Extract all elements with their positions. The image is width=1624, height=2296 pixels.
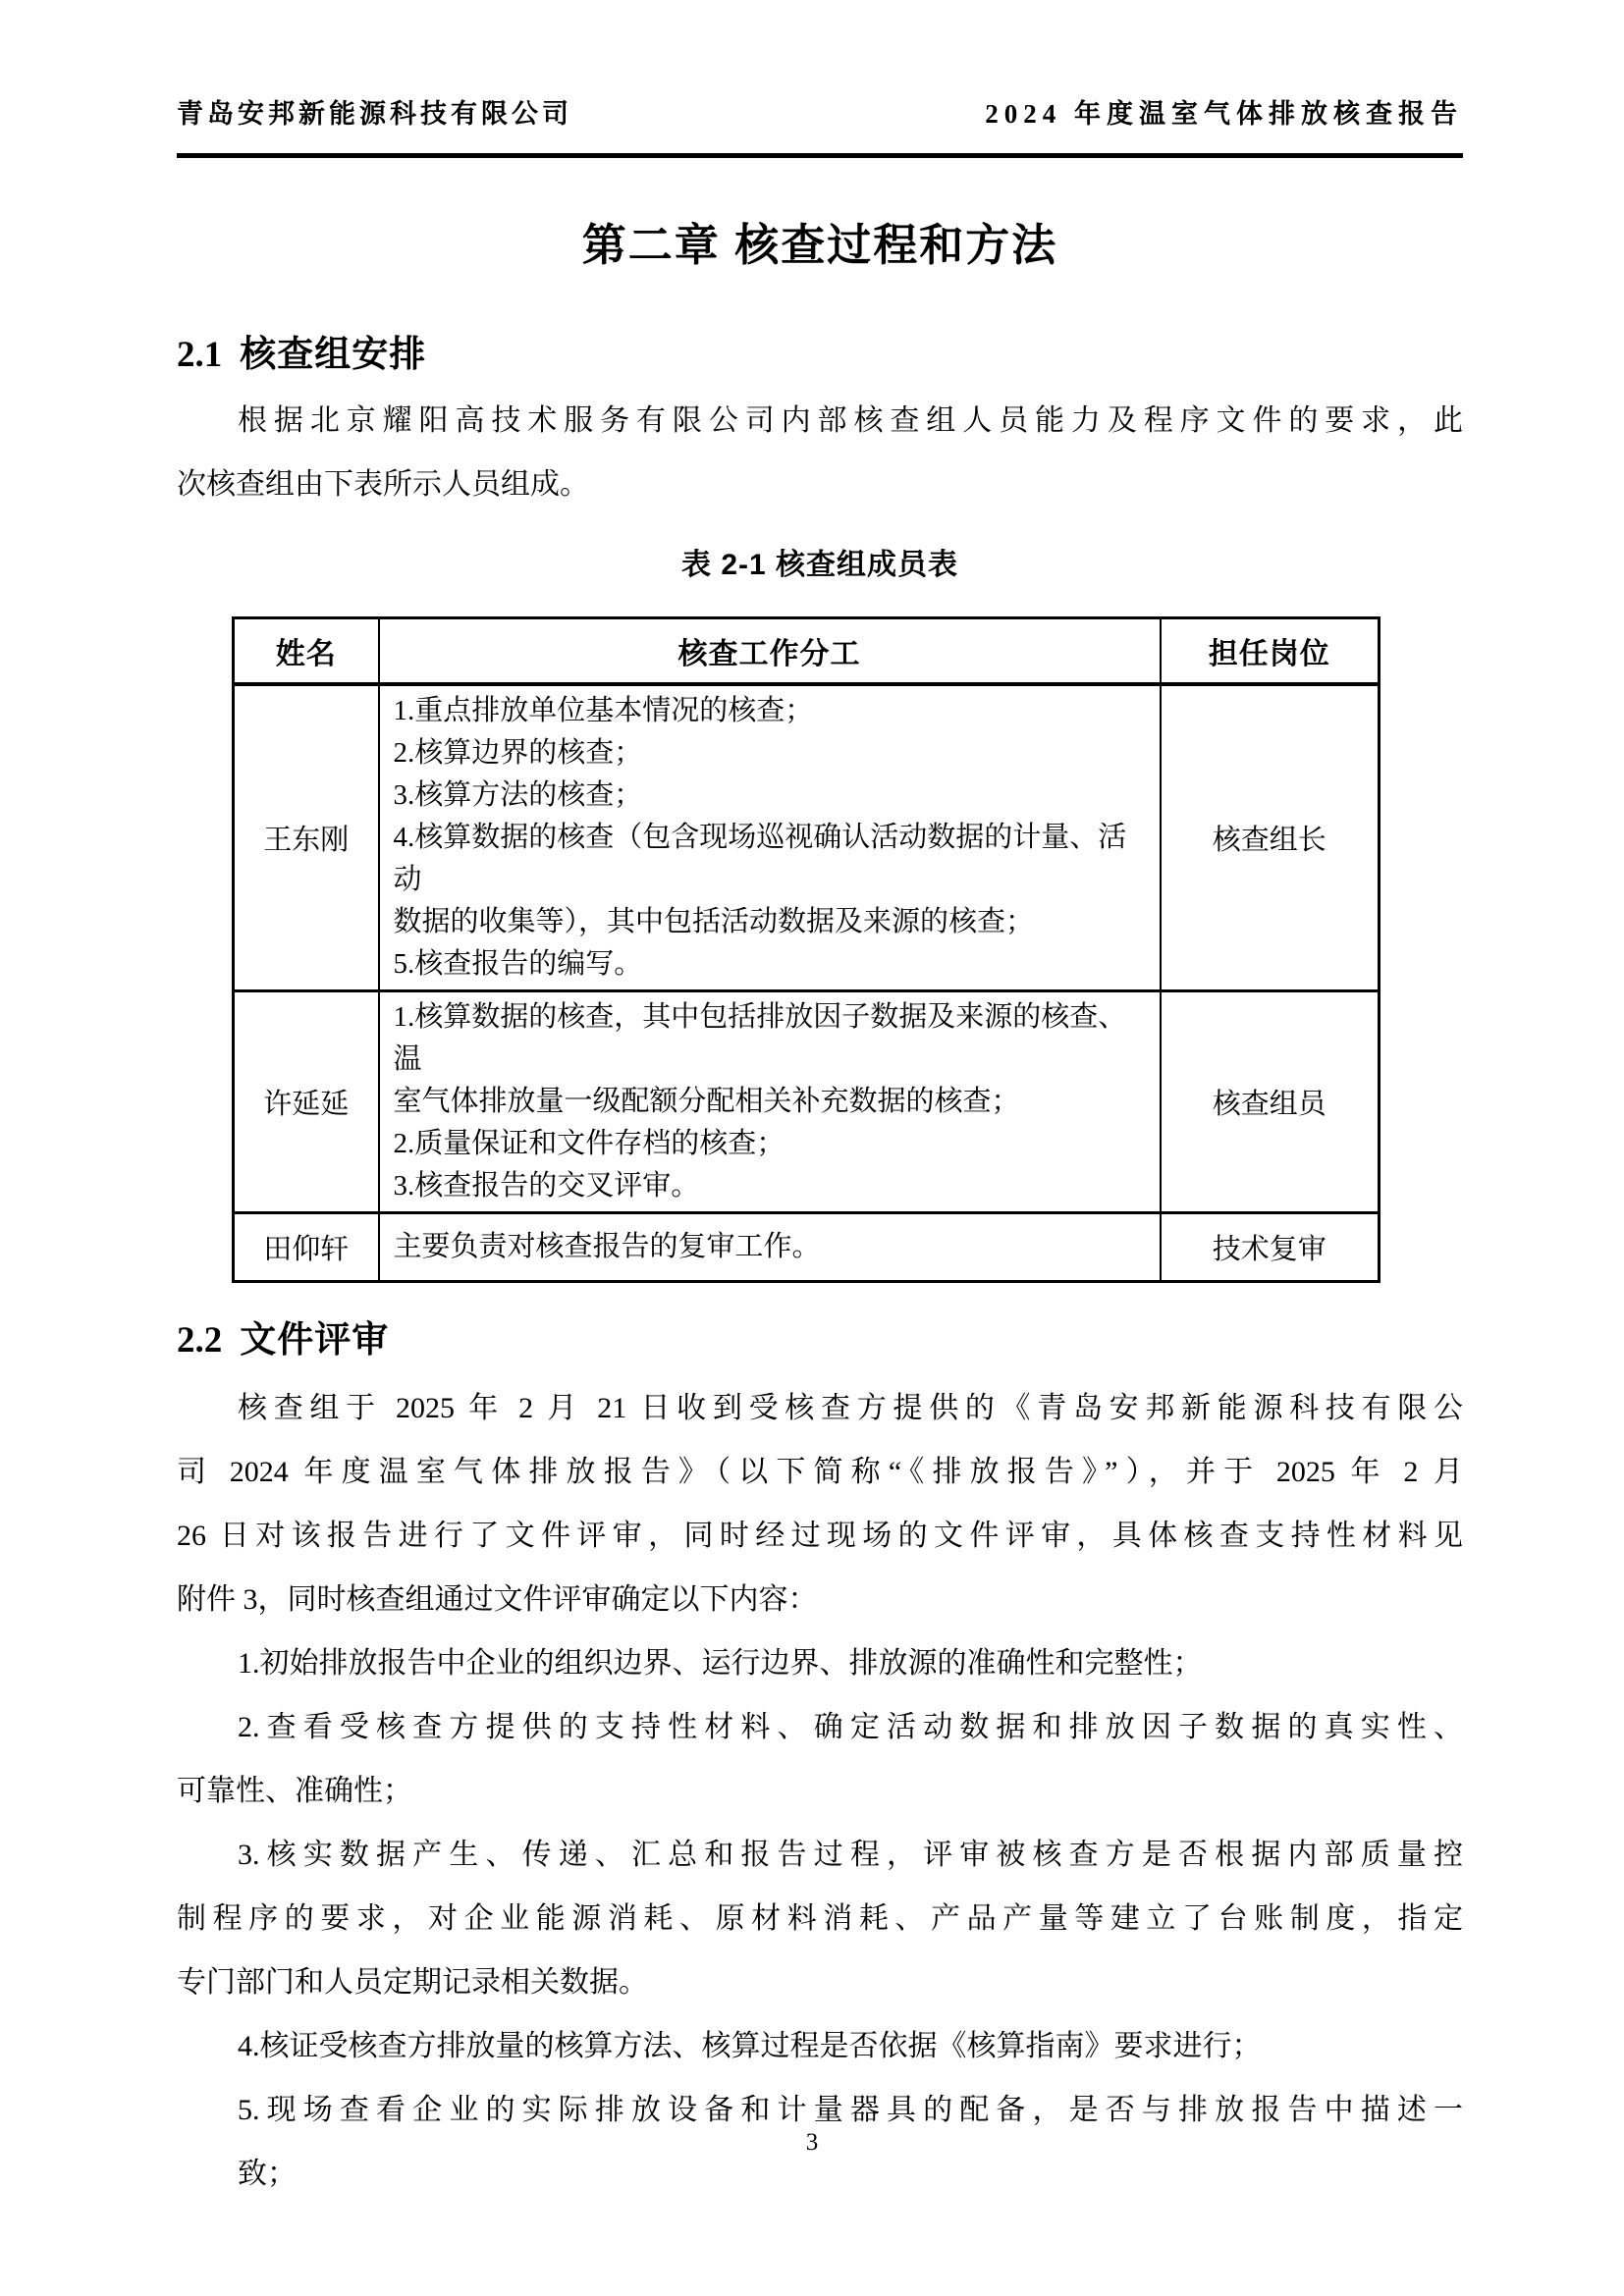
- paragraph-line: 核查组于 2025 年 2 月 21 日收到受核查方提供的《青岛安邦新能源科技有…: [177, 1376, 1463, 1440]
- duty-line: 3.核算方法的核查；: [394, 774, 1150, 817]
- member-role-cell: 技术复审: [1161, 1213, 1380, 1282]
- header-company-name: 青岛安邦新能源科技有限公司: [177, 98, 572, 130]
- paragraph-line: 专门部门和人员定期记录相关数据。: [177, 1950, 1463, 2014]
- section-title: 核查组安排: [240, 334, 426, 374]
- member-name-cell: 许延延: [234, 991, 379, 1213]
- section-number: 2.1: [177, 335, 222, 375]
- paragraph-2-1: 根据北京耀阳高技术服务有限公司内部核查组人员能力及程序文件的要求，此次核查组由下…: [177, 389, 1463, 516]
- table-header-cell: 姓名: [234, 618, 379, 685]
- table-caption: 表 2-1 核查组成员表: [177, 546, 1463, 585]
- section-title: 文件评审: [240, 1319, 389, 1360]
- member-duties-cell: 1.核算数据的核查，其中包括排放因子数据及来源的核查、温室气体排放量一级配额分配…: [379, 991, 1161, 1213]
- member-duties-cell: 主要负责对核查报告的复审工作。: [379, 1213, 1161, 1282]
- paragraph-line: 4.核证受核查方排放量的核算方法、核算过程是否依据《核算指南》要求进行；: [177, 2014, 1463, 2078]
- paragraph-line: 1.初始排放报告中企业的组织边界、运行边界、排放源的准确性和完整性；: [177, 1631, 1463, 1695]
- paragraph-line: 根据北京耀阳高技术服务有限公司内部核查组人员能力及程序文件的要求，此: [177, 389, 1463, 453]
- chapter-title: 第二章 核查过程和方法: [177, 217, 1463, 274]
- member-name-cell: 王东刚: [234, 684, 379, 991]
- duty-line: 2.核算边界的核查；: [394, 732, 1150, 774]
- section-number: 2.2: [177, 1320, 222, 1361]
- paragraph-2-2: 核查组于 2025 年 2 月 21 日收到受核查方提供的《青岛安邦新能源科技有…: [177, 1376, 1463, 2206]
- paragraph-line: 司 2024 年度温室气体排放报告》（以下简称“《排放报告》”），并于 2025…: [177, 1440, 1463, 1504]
- paragraph-line: 3.核实数据产生、传递、汇总和报告过程，评审被核查方是否根据内部质量控: [177, 1823, 1463, 1887]
- paragraph-line: 26 日对该报告进行了文件评审，同时经过现场的文件评审，具体核查支持性材料见: [177, 1504, 1463, 1568]
- page-number: 3: [0, 2128, 1624, 2158]
- member-row: 王东刚1.重点排放单位基本情况的核查；2.核算边界的核查；3.核算方法的核查；4…: [234, 684, 1380, 991]
- paragraph-line: 附件 3，同时核查组通过文件评审确定以下内容：: [177, 1568, 1463, 1631]
- table-header-cell: 核查工作分工: [379, 618, 1161, 685]
- document-page: 青岛安邦新能源科技有限公司 2024 年度温室气体排放核查报告 第二章 核查过程…: [0, 0, 1624, 2296]
- duty-line: 4.核算数据的核查（包含现场巡视确认活动数据的计量、活动: [394, 817, 1150, 901]
- duty-line: 主要负责对核查报告的复审工作。: [394, 1226, 1150, 1268]
- paragraph-line: 2.查看受核查方提供的支持性材料、确定活动数据和排放因子数据的真实性、: [177, 1695, 1463, 1759]
- section-heading-2-2: 2.2文件评审: [177, 1316, 1463, 1364]
- paragraph-line: 可靠性、准确性；: [177, 1759, 1463, 1823]
- duty-line: 2.质量保证和文件存档的核查；: [394, 1123, 1150, 1165]
- header-report-title: 2024 年度温室气体排放核查报告: [985, 98, 1463, 130]
- duty-line: 数据的收集等），其中包括活动数据及来源的核查；: [394, 901, 1150, 943]
- paragraph-line: 次核查组由下表所示人员组成。: [177, 453, 1463, 516]
- duty-line: 3.核查报告的交叉评审。: [394, 1165, 1150, 1207]
- member-role-cell: 核查组长: [1161, 684, 1380, 991]
- member-duties-cell: 1.重点排放单位基本情况的核查；2.核算边界的核查；3.核算方法的核查；4.核算…: [379, 684, 1161, 991]
- duty-line: 5.核查报告的编写。: [394, 943, 1150, 986]
- member-role-cell: 核查组员: [1161, 991, 1380, 1213]
- section-heading-2-1: 2.1核查组安排: [177, 331, 1463, 379]
- member-name-cell: 田仰轩: [234, 1213, 379, 1282]
- members-table: 姓名核查工作分工担任岗位 王东刚1.重点排放单位基本情况的核查；2.核算边界的核…: [232, 616, 1380, 1283]
- page-header: 青岛安邦新能源科技有限公司 2024 年度温室气体排放核查报告: [177, 98, 1463, 158]
- member-row: 许延延1.核算数据的核查，其中包括排放因子数据及来源的核查、温室气体排放量一级配…: [234, 991, 1380, 1213]
- duty-line: 室气体排放量一级配额分配相关补充数据的核查；: [394, 1081, 1150, 1123]
- duty-line: 1.重点排放单位基本情况的核查；: [394, 690, 1150, 732]
- member-row: 田仰轩主要负责对核查报告的复审工作。技术复审: [234, 1213, 1380, 1282]
- table-header-cell: 担任岗位: [1161, 618, 1380, 685]
- paragraph-line: 制程序的要求，对企业能源消耗、原材料消耗、产品产量等建立了台账制度，指定: [177, 1887, 1463, 1950]
- duty-line: 1.核算数据的核查，其中包括排放因子数据及来源的核查、温: [394, 996, 1150, 1081]
- table-header-row: 姓名核查工作分工担任岗位: [234, 618, 1380, 685]
